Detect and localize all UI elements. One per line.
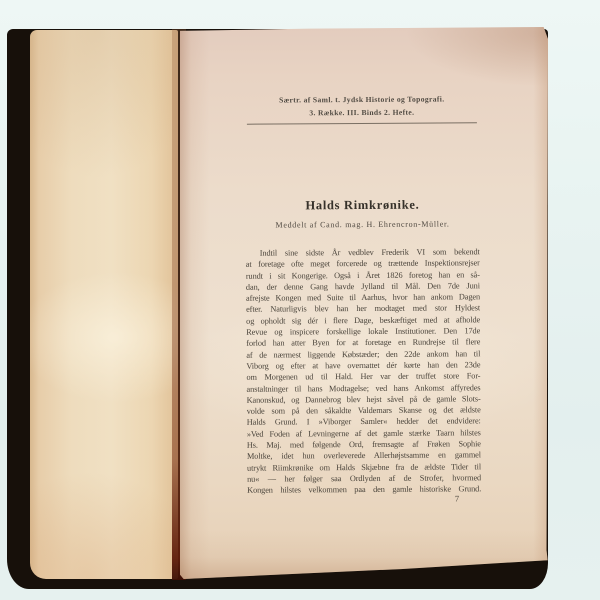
book-photo: Særtr. af Saml. t. Jydsk Historie og Top… (0, 0, 600, 600)
page-header: Særtr. af Saml. t. Jydsk Historie og Top… (245, 93, 479, 119)
page-number: 7 (247, 493, 459, 504)
header-divider (247, 122, 477, 124)
body-line: forlod han atter Byen for at foretage en… (246, 337, 480, 350)
article-title: Halds Rimkrønike. (245, 197, 479, 213)
article-byline: Meddelt af Cand. mag. H. Ehrencron-Mülle… (246, 219, 480, 229)
body-text: Indtil sine sidste År vedblev Frederik V… (246, 246, 482, 496)
printed-text-layer: Særtr. af Saml. t. Jydsk Historie og Top… (244, 0, 482, 600)
series-line: Særtr. af Saml. t. Jydsk Historie og Top… (245, 93, 479, 107)
left-blank-page (30, 30, 178, 579)
body-line: Moltke, idet hun overleverede Allerhøjst… (247, 450, 481, 463)
body-line: om Morgenen ud til Hald. Her var der tru… (246, 371, 480, 384)
body-line: at foretage ofte meget forcerede og træt… (246, 258, 480, 271)
volume-line: 3. Række. III. Binds 2. Hefte. (245, 106, 479, 120)
